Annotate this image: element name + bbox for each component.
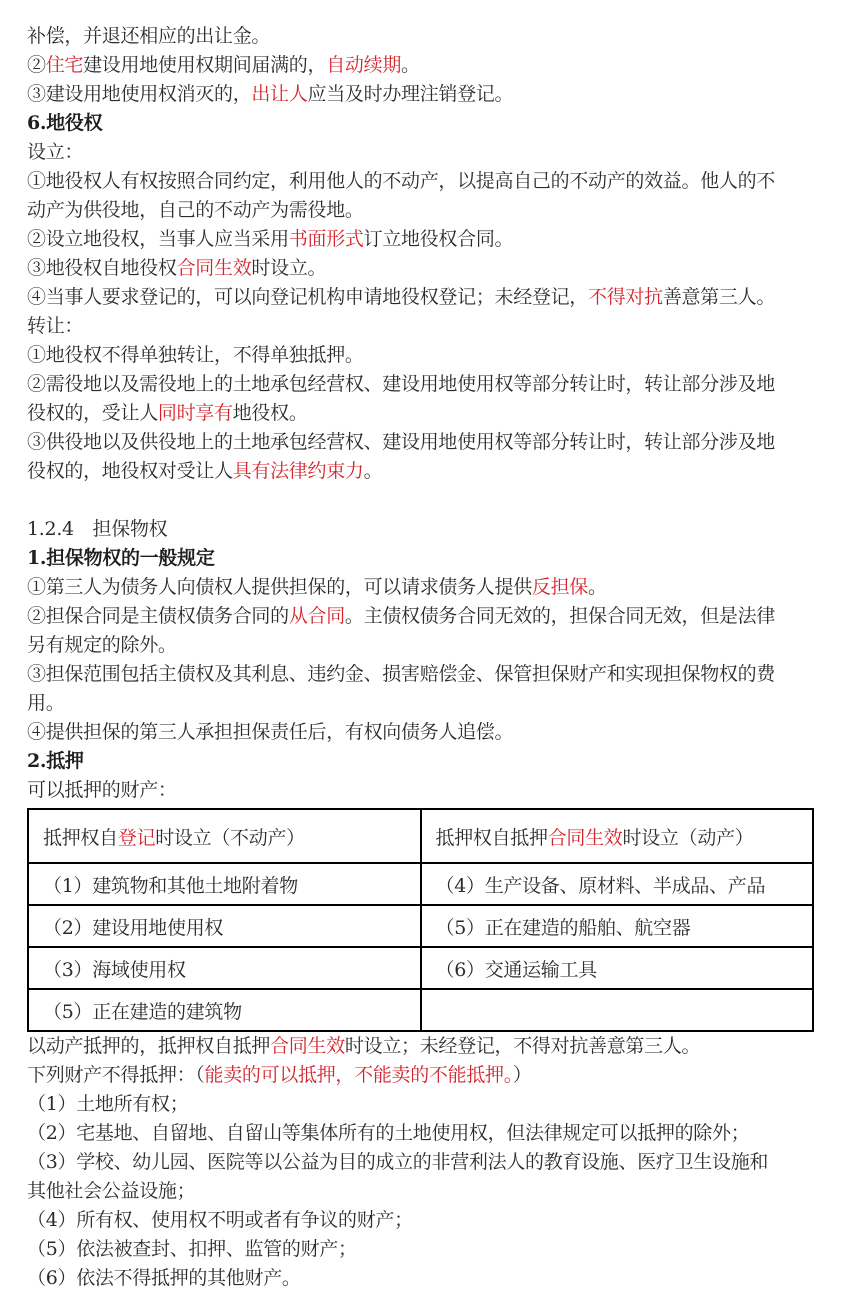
text-segment: 时设立；未经登记，不得对抗善意第三人。 [345,1035,700,1057]
list-item: （6）依法不得抵押的其他财产。 [27,1264,827,1293]
subheading-establish: 设立： [27,138,827,167]
section-heading: 1.担保物权的一般规定 [27,544,827,573]
text-segment: 应当及时办理注销登记。 [308,83,514,105]
table-row: （3）海域使用权 （6）交通运输工具 [28,947,813,989]
section-heading: 6.地役权 [27,109,827,138]
highlighted-text: 出让人 [251,83,307,105]
text-segment: ②需役地以及需役地上的土地承包经营权、建设用地使用权等部分转让时，转让部分涉及地 [27,373,775,395]
text-segment: （5）依法被查封、扣押、监管的财产； [27,1238,357,1260]
header-cell-movables: 抵押权自抵押合同生效时设立（动产） [421,809,814,863]
text-segment: ③地役权自地役权 [27,257,177,279]
text-segment: 时设立。 [251,257,326,279]
document-page: 补偿，并退还相应的出让金。 ②住宅建设用地使用权期间届满的，自动续期。 ③建设用… [27,22,827,1293]
text-line: 以动产抵押的，抵押权自抵押合同生效时设立；未经登记，不得对抗善意第三人。 [27,1032,827,1061]
highlighted-text: 合同生效 [548,827,623,849]
table-row: （2）建设用地使用权 （5）正在建造的船舶、航空器 [28,905,813,947]
text-line: ③地役权自地役权合同生效时设立。 [27,254,827,283]
subheading-transfer: 转让： [27,312,827,341]
highlighted-text: 不得对抗 [588,286,663,308]
text-segment: ①地役权人有权按照合同约定，利用他人的不动产，以提高自己的不动产的效益。他人的不 [27,170,775,192]
text-segment: ） [513,1064,532,1086]
text-segment: ③供役地以及供役地上的土地承包经营权、建设用地使用权等部分转让时，转让部分涉及地 [27,431,775,453]
text-segment: 地役权。 [233,402,308,424]
text-line: 役权的，地役权对受让人具有法律约束力。 [27,457,827,486]
text-line: 役权的，受让人同时享有地役权。 [27,399,827,428]
text-segment: 以动产抵押的，抵押权自抵押 [27,1035,270,1057]
table-cell: （6）交通运输工具 [421,947,814,989]
text-segment: ③担保范围包括主债权及其利息、违约金、损害赔偿金、保管担保财产和实现担保物权的费 [27,663,775,685]
text-line: ③担保范围包括主债权及其利息、违约金、损害赔偿金、保管担保财产和实现担保物权的费 [27,660,827,689]
highlighted-text: 合同生效 [270,1035,345,1057]
table-row: （5）正在建造的建筑物 [28,989,813,1031]
text-segment: 抵押权自抵押 [436,827,548,849]
header-cell-real-estate: 抵押权自登记时设立（不动产） [28,809,421,863]
text-segment: 用。 [27,692,64,714]
text-segment: （6）依法不得抵押的其他财产。 [27,1267,301,1289]
text-line: ①地役权不得单独转让，不得单独抵押。 [27,341,827,370]
spacer [27,486,827,515]
mortgageable-property-table: 抵押权自登记时设立（不动产） 抵押权自抵押合同生效时设立（动产） （1）建筑物和… [27,808,814,1032]
text-segment: （2）宅基地、自留地、自留山等集体所有的土地使用权，但法律规定可以抵押的除外； [27,1122,749,1144]
easement-section: 6.地役权 设立： ①地役权人有权按照合同约定，利用他人的不动产，以提高自己的不… [27,109,827,486]
highlighted-text: 从合同 [289,605,345,627]
text-segment: ④提供担保的第三人承担担保责任后，有权向债务人追偿。 [27,721,513,743]
text-segment: 订立地役权合同。 [364,228,514,250]
text-segment: 建设用地使用权期间届满的， [83,54,326,76]
table-cell: （2）建设用地使用权 [28,905,421,947]
highlighted-text: 反担保 [532,576,588,598]
list-item: 其他社会公益设施； [27,1177,827,1206]
table-cell [421,989,814,1031]
text-segment: 役权的，地役权对受让人 [27,460,233,482]
text-segment: ①地役权不得单独转让，不得单独抵押。 [27,344,364,366]
text-segment: ②担保合同是主债权债务合同的 [27,605,289,627]
text-line: ①第三人为债务人向债权人提供担保的，可以请求债务人提供反担保。 [27,573,827,602]
list-item: （2）宅基地、自留地、自留山等集体所有的土地使用权，但法律规定可以抵押的除外； [27,1119,827,1148]
security-interest-section: 1.2.4 担保物权 1.担保物权的一般规定 ①第三人为债务人向债权人提供担保的… [27,515,827,1293]
text-line: ③供役地以及供役地上的土地承包经营权、建设用地使用权等部分转让时，转让部分涉及地 [27,428,827,457]
text-line: ①地役权人有权按照合同约定，利用他人的不动产，以提高自己的不动产的效益。他人的不 [27,167,827,196]
list-item: （4）所有权、使用权不明或者有争议的财产； [27,1206,827,1235]
table-cell: （5）正在建造的船舶、航空器 [421,905,814,947]
text-segment: 补偿，并退还相应的出让金。 [27,25,270,47]
text-line: 另有规定的除外。 [27,631,827,660]
text-segment: （3）学校、幼儿园、医院等以公益为目的成立的非营利法人的教育设施、医疗卫生设施和 [27,1151,768,1173]
land-use-section-tail: 补偿，并退还相应的出让金。 ②住宅建设用地使用权期间届满的，自动续期。 ③建设用… [27,22,827,109]
table-cell: （4）生产设备、原材料、半成品、产品 [421,863,814,905]
table-cell: （5）正在建造的建筑物 [28,989,421,1031]
text-segment: 役权的，受让人 [27,402,158,424]
text-segment: 。主债权债务合同无效的，担保合同无效，但是法律 [345,605,775,627]
highlighted-text: 合同生效 [177,257,252,279]
list-item: （1）土地所有权； [27,1090,827,1119]
text-line: ③建设用地使用权消灭的，出让人应当及时办理注销登记。 [27,80,827,109]
text-line: 下列财产不得抵押：（能卖的可以抵押，不能卖的不能抵押。） [27,1061,827,1090]
list-item: （3）学校、幼儿园、医院等以公益为目的成立的非营利法人的教育设施、医疗卫生设施和 [27,1148,827,1177]
table-row: （1）建筑物和其他土地附着物 （4）生产设备、原材料、半成品、产品 [28,863,813,905]
text-segment: 。 [401,54,420,76]
text-segment: ③建设用地使用权消灭的， [27,83,251,105]
text-line: ②设立地役权，当事人应当采用书面形式订立地役权合同。 [27,225,827,254]
text-line: ②担保合同是主债权债务合同的从合同。主债权债务合同无效的，担保合同无效，但是法律 [27,602,827,631]
highlighted-text: 自动续期 [326,54,401,76]
text-segment: ② [27,54,46,76]
text-line: ②需役地以及需役地上的土地承包经营权、建设用地使用权等部分转让时，转让部分涉及地 [27,370,827,399]
highlighted-text: 能卖的可以抵押，不能卖的不能抵押。 [205,1064,513,1086]
list-item: （5）依法被查封、扣押、监管的财产； [27,1235,827,1264]
section-heading: 2.抵押 [27,747,827,776]
highlighted-text: 书面形式 [289,228,364,250]
text-segment: （1）土地所有权； [27,1093,188,1115]
text-segment: 善意第三人。 [663,286,775,308]
highlighted-text: 住宅 [46,54,83,76]
text-segment: 。 [364,460,383,482]
text-segment: 另有规定的除外。 [27,634,177,656]
text-line: ④当事人要求登记的，可以向登记机构申请地役权登记；未经登记，不得对抗善意第三人。 [27,283,827,312]
table-cell: （1）建筑物和其他土地附着物 [28,863,421,905]
table-cell: （3）海域使用权 [28,947,421,989]
text-line: 用。 [27,689,827,718]
text-segment: 。 [588,576,607,598]
text-line: 动产为供役地，自己的不动产为需役地。 [27,196,827,225]
text-segment: （4）所有权、使用权不明或者有争议的财产； [27,1209,413,1231]
chapter-heading: 1.2.4 担保物权 [27,515,827,544]
text-line: 补偿，并退还相应的出让金。 [27,22,827,51]
text-segment: 动产为供役地，自己的不动产为需役地。 [27,199,364,221]
text-segment: ②设立地役权，当事人应当采用 [27,228,289,250]
text-segment: 下列财产不得抵押：（ [27,1064,205,1086]
text-segment: ①第三人为债务人向债权人提供担保的，可以请求债务人提供 [27,576,532,598]
table-header-row: 抵押权自登记时设立（不动产） 抵押权自抵押合同生效时设立（动产） [28,809,813,863]
text-segment: 抵押权自 [43,827,118,849]
mortgageable-label: 可以抵押的财产： [27,776,827,805]
text-segment: 其他社会公益设施； [27,1180,195,1202]
text-segment: ④当事人要求登记的，可以向登记机构申请地役权登记；未经登记， [27,286,588,308]
highlighted-text: 登记 [118,827,155,849]
text-segment: 时设立（不动产） [155,827,305,849]
highlighted-text: 具有法律约束力 [233,460,364,482]
text-line: ④提供担保的第三人承担担保责任后，有权向债务人追偿。 [27,718,827,747]
text-segment: 时设立（动产） [623,827,754,849]
text-line: ②住宅建设用地使用权期间届满的，自动续期。 [27,51,827,80]
highlighted-text: 同时享有 [158,402,233,424]
